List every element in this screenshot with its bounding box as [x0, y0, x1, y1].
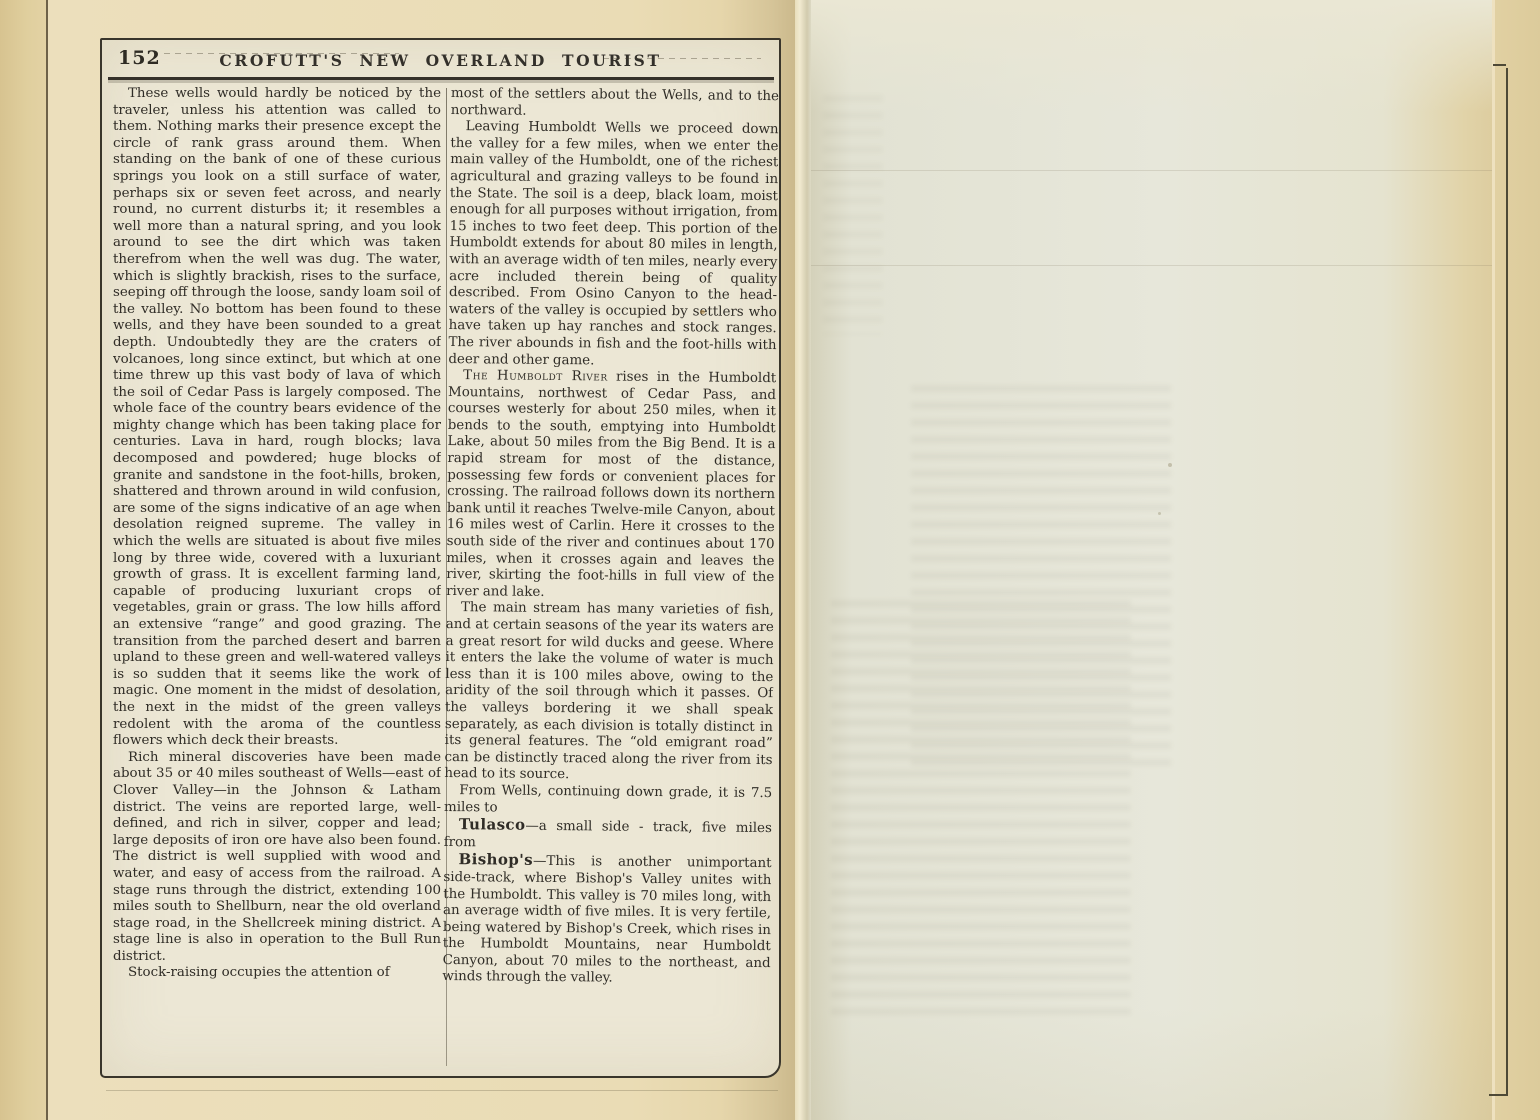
left-page: 152 CROFUTT'S NEW OVERLAND TOURIST These… [48, 0, 795, 1120]
text-columns: These wells would hardly be noticed by t… [102, 86, 779, 1072]
page-bottom-crease [106, 1090, 778, 1091]
next-page-frame-foot [1489, 1094, 1508, 1096]
right-page-edge [1492, 0, 1540, 1120]
next-page-frame-line [1506, 68, 1508, 1096]
worn-rule-right [603, 58, 761, 59]
paper-speck [1168, 463, 1172, 467]
right-page-blank [811, 0, 1492, 1120]
running-title: CROFUTT'S NEW OVERLAND TOURIST [102, 51, 779, 70]
paper-speck [700, 310, 705, 314]
book-scan: 152 CROFUTT'S NEW OVERLAND TOURIST These… [0, 0, 1540, 1120]
entry-lead: Tulasco [459, 815, 526, 834]
entry-lead: The Humboldt River [463, 368, 608, 384]
paragraph: most of the settlers about the Wells, an… [451, 86, 779, 122]
paper-crease [811, 170, 1492, 171]
header-rule [108, 77, 774, 80]
paragraph: Rich mineral discoveries have been made … [113, 750, 441, 966]
paragraph: Leaving Humboldt Wells we proceed down t… [448, 119, 778, 371]
left-page-edge [0, 0, 48, 1120]
book-gutter [795, 0, 811, 1120]
paragraph: The main stream has many varieties of fi… [444, 600, 774, 786]
paragraph: The Humboldt River rises in the Humboldt… [446, 368, 776, 603]
right-column: most of the settlers about the Wells, an… [442, 86, 779, 1072]
paragraph: Tulasco—a small side - track, five miles… [444, 816, 772, 854]
page-header: 152 CROFUTT'S NEW OVERLAND TOURIST [102, 40, 779, 77]
paper-speck [1158, 512, 1161, 515]
ghost-text-bleedthrough [831, 600, 1131, 1020]
paper-crease [811, 265, 1492, 266]
paragraph: These wells would hardly be noticed by t… [113, 86, 441, 750]
page-frame: 152 CROFUTT'S NEW OVERLAND TOURIST These… [100, 38, 781, 1078]
paragraph: Bishop's—This is another unimportant sid… [442, 851, 771, 989]
paragraph: Stock-raising occupies the attention of [113, 965, 441, 982]
paragraph: From Wells, continuing down grade, it is… [444, 783, 772, 819]
ghost-text-bleedthrough [823, 95, 883, 335]
next-page-frame-tick [1493, 64, 1506, 66]
entry-lead: Bishop's [458, 850, 533, 869]
left-column: These wells would hardly be noticed by t… [113, 86, 441, 1072]
